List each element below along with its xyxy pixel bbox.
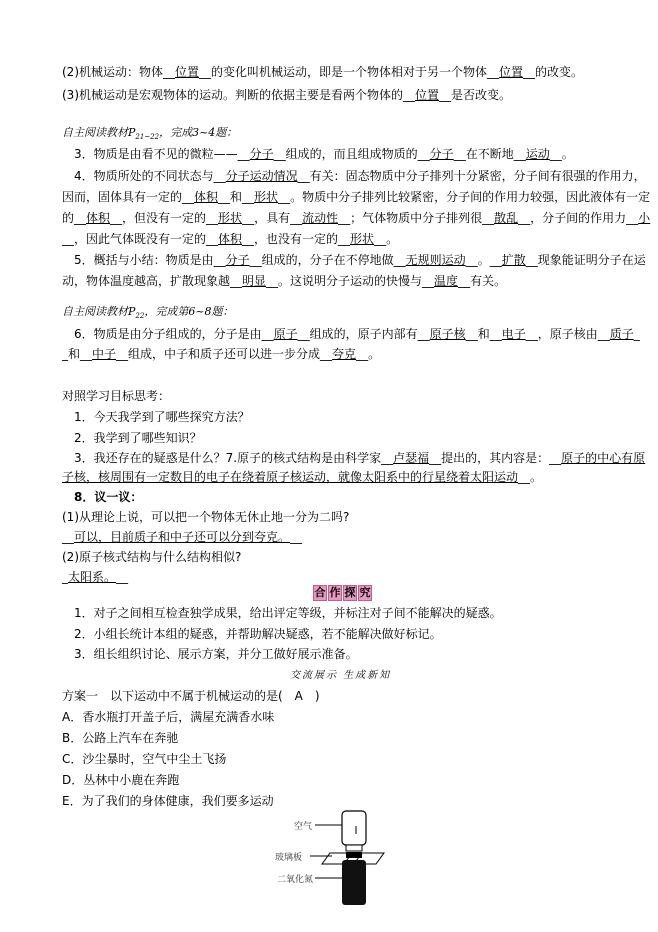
question-5-line-1: 5．概括与小结：物质是由__分子__组成的，分子在不停地做__无规则运动__。_… <box>74 252 646 268</box>
option-e: E．为了我们的身体健康，我们要多运动 <box>62 793 274 809</box>
label-air: 空气 <box>294 819 312 832</box>
static-text: 的变化叫机械运动，即是一个物体相对于另一个物体 <box>211 65 487 79</box>
text-line-3: (3)机械运动是宏观物体的运动。判断的依据主要是看两个物体的__位置__是否改变… <box>62 87 511 103</box>
reflection-q3-line-1: 3．我还存在的疑惑是什么？7.原子的核式结构是由科学家__卢瑟福__提出的，其内… <box>74 450 645 466</box>
option-c: C．沙尘暴时，空气中尘土飞扬 <box>62 751 226 767</box>
question-5-line-2: 动，物体温度越高，扩散现象越__明显__。这说明分子运动的快慢与__温度__有关… <box>62 273 506 289</box>
discussion-q1: (1)从理论上说，可以把一个物体无休止地一分为二吗? <box>62 509 349 525</box>
reflection-q1: 1．今天我学到了哪些探究方法？ <box>74 409 250 425</box>
question-6-line-2: _和__中子__组成，中子和质子还可以进一步分成__夸克__。 <box>62 346 380 362</box>
discussion-q2: (2)原子核式结构与什么结构相似? <box>62 549 241 565</box>
question-4-line-1: 4．物质所处的不同状态与__分子运动情况__有关：固态物质中分子排列十分紧密，分… <box>74 168 646 184</box>
question-6-line-1: 6．物质是由分子组成的，分子是由__原子__组成的，原子内部有__原子核__和_… <box>74 326 640 342</box>
static-text: 的改变。 <box>535 65 583 79</box>
answer-blank: 位置 <box>415 88 439 102</box>
section-header-1: 自主阅读教材P21~22，完成3~4题： <box>62 125 237 141</box>
cooperation-badge: 合作探究 <box>313 585 373 601</box>
reflection-q3-line-2: 子核，核周围有一定数目的电子在绕着原子核运动，就像太阳系中的行星绕着太阳运动__… <box>62 469 542 485</box>
reflection-q2: 2．我学到了哪些知识？ <box>74 430 202 446</box>
static-text: 是否改变。 <box>451 88 511 102</box>
cooperation-item: 2．小组长统计本组的疑惑，并帮助解决疑惑，若不能解决做好标记。 <box>74 626 442 642</box>
question-4-line-2: 因而，固体具有一定的__体积__和__形状__。物质中分子排列比较紧密，分子间的… <box>62 189 650 205</box>
exchange-title: 交流展示 生成新知 <box>290 666 391 681</box>
label-nitrogen-dioxide: 二氧化氮 <box>277 872 313 885</box>
answer-blank: 位置 <box>499 65 523 79</box>
question-4-line-3: 的__体积__，但没有一定的__形状__，具有__流动性__；气体物质中分子排列… <box>62 210 650 226</box>
option-b: B．公路上汽车在奔驰 <box>62 730 178 746</box>
cooperation-item: 3．组长组织讨论、展示方案，并分工做好展示准备。 <box>74 646 358 662</box>
question-4-line-4: __，因此气体既没有一定的__体积__，也没有一定的__形状__。 <box>62 231 398 247</box>
answer-blank: 位置 <box>175 65 199 79</box>
cooperation-item: 1．对子之间相互检查独学成果，给出评定等级，并标注对子间不能解决的疑惑。 <box>74 605 502 621</box>
static-text: (2)机械运动：物体 <box>62 65 163 79</box>
static-text: (3)机械运动是宏观物体的运动。判断的依据主要是看两个物体的 <box>62 88 403 102</box>
section-header-2: 自主阅读教材P22，完成第6~8题： <box>62 304 234 320</box>
option-d: D．丛林中小鹿在奔跑 <box>62 772 179 788</box>
discussion-a1: __可以，目前质子和中子还可以分到夸克。__ <box>62 529 302 545</box>
discussion-a2: _太阳系。__ <box>62 569 128 585</box>
option-a: A．香水瓶打开盖子后，满屋充满香水味 <box>62 709 274 725</box>
text-line-2: (2)机械运动：物体__位置__的变化叫机械运动，即是一个物体相对于另一个物体_… <box>62 64 583 80</box>
question-3: 3．物质是由看不见的微粒——__分子__组成的，而且组成物质的__分子__在不断… <box>74 146 574 162</box>
diffusion-figure: 空气 玻璃板 二氧化氮 <box>280 808 410 928</box>
exchange-question: 方案一 以下运动中不属于机械运动的是( A ) <box>62 688 320 704</box>
discussion-title: 8．议一议： <box>74 489 142 505</box>
label-glass-plate: 玻璃板 <box>275 850 302 863</box>
reflection-title: 对照学习目标思考： <box>62 388 170 404</box>
